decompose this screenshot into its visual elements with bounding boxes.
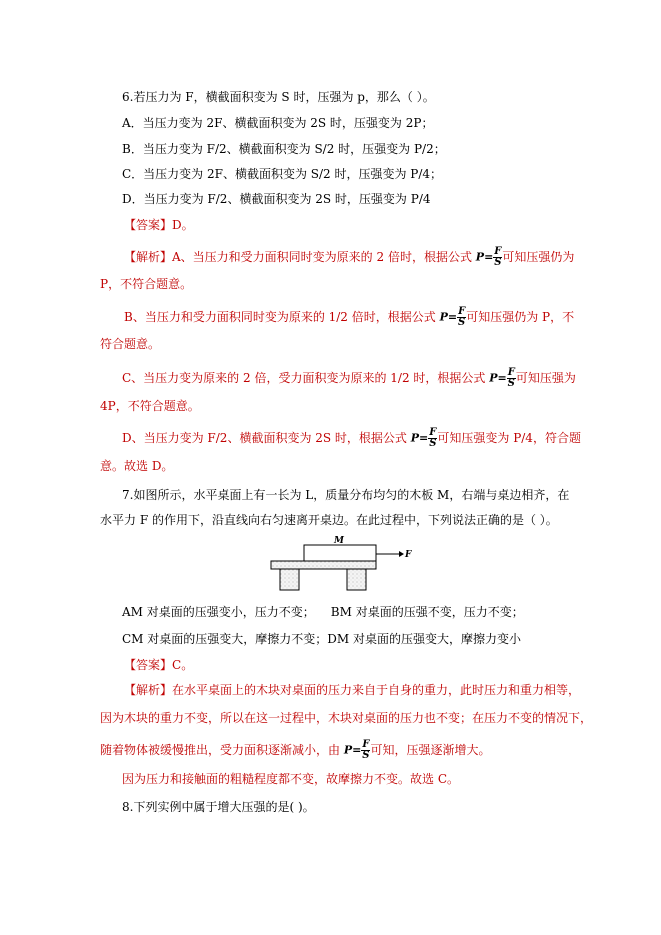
q7-option-b: BM 对桌面的压强不变，压力不变； [331,605,524,619]
q6-option-d: D．当压力变为 F/2、横截面积变为 2S 时，压强变为 P/4 [122,191,431,207]
q7-options-row2: CM 对桌面的压强变大，摩擦力不变；DM 对桌面的压强变大，摩擦力变小 [122,631,521,647]
q7-stem-line1: 7.如图所示，水平桌面上有一长为 L，质量分布均匀的木板 M，右端与桌边相齐，在 [122,487,569,503]
force-label: F [404,550,412,560]
q7-stem-line2: 水平力 F 的作用下，沿直线向右匀速离开桌边。在此过程中，下列说法正确的是（ ）… [100,512,558,528]
block-label: M [333,536,345,546]
q6-analysis-a-line2: P，不符合题意。 [100,276,192,292]
pressure-formula: P=FS [344,740,371,761]
answer-label: 【答案】 [124,218,172,232]
q6-analysis-b-line1: B、当压力和受力面积同时变为原来的 1/2 倍时，根据公式 P=FS可知压强仍为… [124,307,574,328]
q8-stem: 8.下列实例中属于增大压强的是( )。 [122,799,315,815]
q6-option-c: C．当压力变为 2F、横截面积变为 S/2 时，压强变为 P/4； [122,166,442,182]
q7-analysis-line3: 随着物体被缓慢推出，受力面积逐渐减小，由 P=FS可知，压强逐渐增大。 [100,740,490,761]
analysis-text: D、当压力变为 F/2、横截面积变为 2S 时，根据公式 [122,431,407,445]
q6-analysis-b-line2: 符合题意。 [100,336,160,352]
analysis-text: 可知，压强逐渐增大。 [370,743,490,757]
pressure-formula: P=FS [476,247,503,268]
analysis-text: 随着物体被缓慢推出，受力面积逐渐减小，由 [100,743,340,757]
pressure-formula: P=FS [411,428,438,449]
analysis-text: 可知压强仍为 [502,250,574,264]
analysis-text: 在水平桌面上的木块对桌面的压力来自于自身的重力，此时压力和重力相等， [172,683,580,697]
analysis-text: 可知压强仍为 P，不 [466,310,574,324]
q6-analysis-c-line2: 4P，不符合题意。 [100,398,200,414]
q6-answer: 【答案】D。 [124,217,194,233]
q6-analysis-d-line1: D、当压力变为 F/2、横截面积变为 2S 时，根据公式 P=FS可知压强变为 … [122,428,581,449]
q7-analysis-line2: 因为木块的重力不变，所以在这一过程中，木块对桌面的压力也不变；在压力不变的情况下… [100,710,592,726]
q7-analysis-line4: 因为压力和接触面的粗糙程度都不变，故摩擦力不变。故选 C。 [122,771,459,787]
q6-analysis-a-line1: 【解析】A、当压力和受力面积同时变为原来的 2 倍时，根据公式 P=FS可知压强… [124,247,574,268]
q7-option-d: DM 对桌面的压强变大，摩擦力变小 [327,632,521,646]
analysis-label: 【解析】 [124,250,172,264]
table-block-diagram: M F [268,533,418,593]
answer-label: 【答案】 [124,658,172,672]
analysis-text: 可知压强变为 P/4，符合题 [437,431,581,445]
q6-analysis-c-line1: C、当压力变为原来的 2 倍，受力面积变为原来的 1/2 时，根据公式 P=FS… [122,368,576,389]
pressure-formula: P=FS [489,368,516,389]
analysis-text: A、当压力和受力面积同时变为原来的 2 倍时，根据公式 [172,250,472,264]
q7-options-row1: AM 对桌面的压强变小，压力不变；BM 对桌面的压强不变，压力不变； [122,604,524,620]
analysis-text: C、当压力变为原来的 2 倍，受力面积变为原来的 1/2 时，根据公式 [122,371,485,385]
q7-analysis-line1: 【解析】在水平桌面上的木块对桌面的压力来自于自身的重力，此时压力和重力相等， [124,682,580,698]
answer-value: C。 [172,658,193,672]
q6-analysis-d-line2: 意。故选 D。 [100,458,173,474]
q6-stem: 6.若压力为 F，横截面积变为 S 时，压强为 p，那么（ ）。 [122,89,435,105]
q6-option-b: B．当压力变为 F/2、横截面积变为 S/2 时，压强变为 P/2； [122,141,446,157]
q7-answer: 【答案】C。 [124,657,193,673]
q7-option-a: AM 对桌面的压强变小，压力不变； [122,605,315,619]
pressure-formula: P=FS [440,307,467,328]
answer-value: D。 [172,218,194,232]
q7-option-c: CM 对桌面的压强变大，摩擦力不变； [122,632,327,646]
q6-option-a: A．当压力变为 2F、横截面积变为 2S 时，压强变为 2P； [122,115,433,131]
analysis-label: 【解析】 [124,683,172,697]
analysis-text: B、当压力和受力面积同时变为原来的 1/2 倍时，根据公式 [124,310,436,324]
analysis-text: 可知压强为 [516,371,576,385]
